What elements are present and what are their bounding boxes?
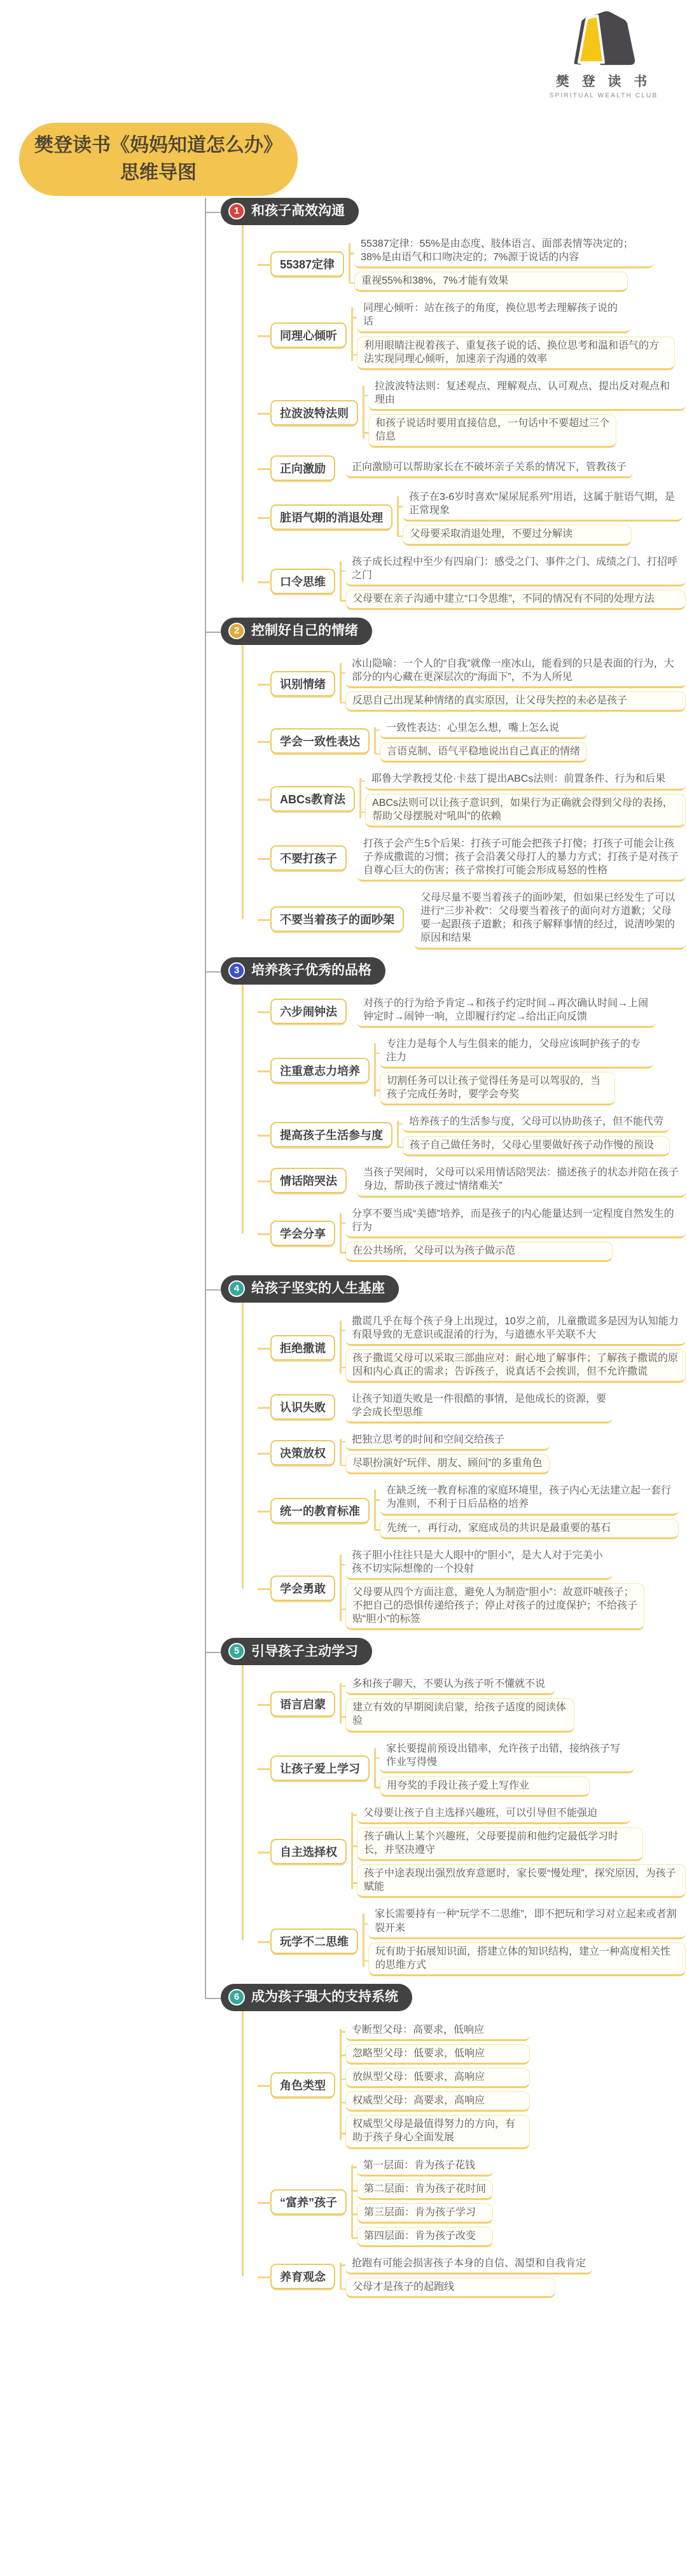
topic-notes: 孩子在3-6岁时喜欢“屎尿屁系列”用语，这属于脏语气期，是正常现象父母要采取消退… xyxy=(403,488,683,545)
note-node[interactable]: 父母要采取消退处理，不要过分解读 xyxy=(403,525,632,545)
note-node[interactable]: 对孩子的行为给予肯定→和孩子约定时间→再次确认时间→上闹钟定时→闹钟一响，立即履… xyxy=(357,995,656,1028)
topic-notes: 正向激励可以帮助家长在不破坏亲子关系的情况下，管教孩子 xyxy=(345,459,633,478)
note-node[interactable]: 专注力是每个人与生俱来的能力，父母应该呵护孩子的专注力 xyxy=(380,1035,653,1069)
topic-node[interactable]: 拒绝撒谎 xyxy=(270,1335,335,1361)
topic-node[interactable]: 同理心倾听 xyxy=(270,322,347,348)
branch-node-label: 给孩子坚实的人生基座 xyxy=(251,1280,385,1296)
topic-notes: 耶鲁大学教授艾伦·卡兹丁提出ABCs法则：前置条件、行为和后果ABCs法则可以让… xyxy=(365,770,686,827)
note-node[interactable]: 家长需要持有一种“玩学不二思维”，即不把玩和学习对立起来或者割裂开来 xyxy=(368,1906,686,1939)
topic-node[interactable]: 正向激励 xyxy=(270,455,335,481)
branch-topics: 55387定律55387定律：55%是由态度、肢体语言、面部表情等决定的；38%… xyxy=(270,235,686,610)
topic-row: 学会分享分享不要当成“美德”培养，而是孩子的内心能量达到一定程度自然发生的行为在… xyxy=(270,1205,686,1262)
note-node[interactable]: 在缺乏统一教育标准的家庭环境里，孩子内心无法建立起一套行为准则，不利于日后品格的… xyxy=(380,1482,679,1515)
note-node[interactable]: 同理心倾听：站在孩子的角度，换位思考去理解孩子说的话 xyxy=(357,300,630,333)
note-node[interactable]: 言语克制、语气平稳地说出自己真正的情绪 xyxy=(380,742,587,763)
note-node[interactable]: 培养孩子的生活参与度，父母可以协助孩子，但不能代劳 xyxy=(403,1113,670,1133)
note-node[interactable]: 让孩子知道失败是一件很酷的事情，是他成长的资源，要学会成长型思维 xyxy=(345,1390,613,1423)
topic-node[interactable]: 学会勇敢 xyxy=(270,1575,335,1601)
branch-node-3[interactable]: 3培养孩子优秀的品格 xyxy=(221,957,385,985)
branch-number-badge: 3 xyxy=(228,962,245,979)
note-node[interactable]: 第二层面：肯为孩子花时间 xyxy=(357,2180,493,2200)
note-node[interactable]: 放纵型父母：低要求，高响应 xyxy=(345,2068,530,2088)
note-node[interactable]: 玩有助于拓展知识面，搭建立体的知识结构，建立一种高度相关性的思维方式 xyxy=(368,1942,686,1976)
note-node[interactable]: 孩子胆小往往只是大人眼中的“胆小”，是大人对于完美小孩不切实际想像的一个投射 xyxy=(345,1547,613,1580)
branch-number-badge: 4 xyxy=(228,1280,245,1297)
note-node[interactable]: 父母尽量不要当着孩子的面吵架，但如果已经发生了可以进行“三步补救”：父母要当着孩… xyxy=(414,889,686,949)
topic-node[interactable]: 55387定律 xyxy=(270,251,344,277)
note-node[interactable]: 冰山隐喻：一个人的“自我”就像一座冰山，能看到的只是表面的行为，大部分的内心藏在… xyxy=(345,655,686,688)
topic-notes: 撒谎几乎在每个孩子身上出现过，10岁之前，儿童撒谎多是因为认知能力有限导致的无意… xyxy=(345,1313,686,1383)
topic-row: 注重意志力培养专注力是每个人与生俱来的能力，父母应该呵护孩子的专注力切割任务可以… xyxy=(270,1035,686,1105)
root-topic-node[interactable]: 樊登读书《妈妈知道怎么办》 思维导图 xyxy=(19,123,298,196)
note-node[interactable]: 父母才是孩子的起跑线 xyxy=(345,2278,555,2298)
topic-node[interactable]: 不要当着孩子的面吵架 xyxy=(270,906,404,932)
root-title-line2: 思维导图 xyxy=(25,160,291,187)
branch-spine-line xyxy=(242,982,244,1234)
topic-row: 语言启蒙多和孩子聊天，不要认为孩子听不懂就不说建立有效的早期阅读启蒙，给孩子适度… xyxy=(270,1675,686,1732)
branch-node-6[interactable]: 6成为孩子强大的支持系统 xyxy=(221,1984,412,2011)
note-node[interactable]: 把独立思考的时间和空间交给孩子 xyxy=(345,1431,550,1451)
note-node[interactable]: 孩子确认上某个兴趣班，父母要提前和他约定最低学习时长，并坚决遵守 xyxy=(357,1827,643,1861)
topic-notes: 分享不要当成“美德”培养，而是孩子的内心能量达到一定程度自然发生的行为在公共场所… xyxy=(345,1205,686,1262)
brand-logo: 樊 登 读 书 SPIRITUAL WEALTH CLUB xyxy=(537,9,670,99)
topic-notes: 多和孩子聊天，不要认为孩子听不懂就不说建立有效的早期阅读启蒙，给孩子适度的阅读体… xyxy=(345,1675,574,1732)
note-node[interactable]: 建立有效的早期阅读启蒙，给孩子适度的阅读体验 xyxy=(345,1698,574,1732)
note-node[interactable]: 专断型父母：高要求，低响应 xyxy=(345,2021,530,2041)
note-node[interactable]: 第三层面：肯为孩子学习 xyxy=(357,2203,493,2224)
topic-node[interactable]: 识别情绪 xyxy=(270,671,335,696)
note-node[interactable]: 父母要让孩子自主选择兴趣班，可以引导但不能强迫 xyxy=(357,1804,630,1824)
branch-section-6: 6成为孩子强大的支持系统角色类型专断型父母：高要求，低响应忽略型父母：低要求，低… xyxy=(205,1984,686,2298)
topic-row: ABCs教育法耶鲁大学教授艾伦·卡兹丁提出ABCs法则：前置条件、行为和后果AB… xyxy=(270,770,686,827)
note-node[interactable]: 孩子成长过程中至少有四扇门：感受之门、事件之门、成绩之门、打招呼之门 xyxy=(345,553,686,586)
topic-notes: 把独立思考的时间和空间交给孩子尽职扮演好“玩伴、朋友、顾问”的多重角色 xyxy=(345,1431,550,1474)
topic-row: 自主选择权父母要让孩子自主选择兴趣班，可以引导但不能强迫孩子确认上某个兴趣班，父… xyxy=(270,1804,686,1899)
topic-row: 玩学不二思维家长需要持有一种“玩学不二思维”，即不把玩和学习对立起来或者割裂开来… xyxy=(270,1906,686,1976)
branch-topics: 识别情绪冰山隐喻：一个人的“自我”就像一座冰山，能看到的只是表面的行为，大部分的… xyxy=(270,655,686,950)
note-node[interactable]: 撒谎几乎在每个孩子身上出现过，10岁之前，儿童撒谎多是因为认知能力有限导致的无意… xyxy=(345,1313,686,1346)
topic-notes: 孩子胆小往往只是大人眼中的“胆小”，是大人对于完美小孩不切实际想像的一个投射父母… xyxy=(345,1547,644,1631)
topic-row: 统一的教育标准在缺乏统一教育标准的家庭环境里，孩子内心无法建立起一套行为准则，不… xyxy=(270,1482,686,1539)
topic-row: 六步闹钟法对孩子的行为给予肯定→和孩子约定时间→再次确认时间→上闹钟定时→闹钟一… xyxy=(270,995,686,1028)
note-node[interactable]: 在公共场所，父母可以为孩子做示范 xyxy=(345,1242,613,1262)
topic-notes: 父母尽量不要当着孩子的面吵架，但如果已经发生了可以进行“三步补救”：父母要当着孩… xyxy=(414,889,686,949)
topic-node[interactable]: 让孩子爱上学习 xyxy=(270,1755,370,1781)
branch-section-1: 1和孩子高效沟通55387定律55387定律：55%是由态度、肢体语言、面部表情… xyxy=(205,198,686,610)
topic-node[interactable]: 认识失败 xyxy=(270,1394,335,1420)
note-node[interactable]: 孩子自己做任务时，父母心里要做好孩子动作慢的预设 xyxy=(403,1136,670,1156)
branch-topics: 拒绝撒谎撒谎几乎在每个孩子身上出现过，10岁之前，儿童撒谎多是因为认知能力有限导… xyxy=(270,1313,686,1631)
note-node[interactable]: 当孩子哭闹时，父母可以采用情话陪哭法：描述孩子的状态并陪在孩子身边，帮助孩子渡过… xyxy=(357,1164,686,1197)
branch-spine-line xyxy=(242,2009,244,2276)
topic-node[interactable]: 注重意志力培养 xyxy=(270,1058,370,1083)
branch-topics: 语言启蒙多和孩子聊天，不要认为孩子听不懂就不说建立有效的早期阅读启蒙，给孩子适度… xyxy=(270,1675,686,1976)
topic-node[interactable]: 提高孩子生活参与度 xyxy=(270,1122,392,1147)
branch-node-5[interactable]: 5引导孩子主动学习 xyxy=(221,1638,372,1665)
topic-notes: 家长需要持有一种“玩学不二思维”，即不把玩和学习对立起来或者割裂开来玩有助于拓展… xyxy=(368,1906,686,1976)
topic-notes: 对孩子的行为给予肯定→和孩子约定时间→再次确认时间→上闹钟定时→闹钟一响，立即履… xyxy=(357,995,656,1028)
root-title-line1: 樊登读书《妈妈知道怎么办》 xyxy=(25,132,291,160)
topic-node[interactable]: 角色类型 xyxy=(270,2072,335,2098)
note-node[interactable]: 抢跑有可能会损害孩子本身的自信、渴望和自我肯定 xyxy=(345,2255,592,2275)
note-node[interactable]: 重视55%和38%，7%才能有效果 xyxy=(354,272,628,292)
note-node[interactable]: 权威型父母是最值得努力的方向，有助于孩子身心全面发展 xyxy=(345,2115,530,2149)
topic-node[interactable]: 语言启蒙 xyxy=(270,1691,335,1717)
brand-tagline: SPIRITUAL WEALTH CLUB xyxy=(537,92,670,99)
topic-node[interactable]: 决策放权 xyxy=(270,1440,335,1465)
note-node[interactable]: 忽略型父母：低要求，低响应 xyxy=(345,2044,530,2065)
topic-node[interactable]: “富养”孩子 xyxy=(270,2189,347,2215)
note-node[interactable]: 55387定律：55%是由态度、肢体语言、面部表情等决定的；38%是由语气和口吻… xyxy=(354,235,653,268)
branch-section-5: 5引导孩子主动学习语言启蒙多和孩子聊天，不要认为孩子听不懂就不说建立有效的早期阅… xyxy=(205,1638,686,1976)
branch-node-label: 和孩子高效沟通 xyxy=(251,203,345,219)
branch-spine-line xyxy=(242,223,244,582)
branch-spine-line xyxy=(242,642,244,919)
topic-node[interactable]: 统一的教育标准 xyxy=(270,1498,370,1523)
note-node[interactable]: 反思自己出现某种情绪的真实原因，让父母失控的未必是孩子 xyxy=(345,691,686,712)
topic-row: 不要当着孩子的面吵架父母尽量不要当着孩子的面吵架，但如果已经发生了可以进行“三步… xyxy=(270,889,686,949)
note-node[interactable]: 父母要从四个方面注意，避免人为制造“胆小”：故意吓唬孩子；不把自己的恐惧传递给孩… xyxy=(345,1583,644,1630)
brand-name: 樊 登 读 书 xyxy=(537,71,670,90)
topic-notes: 专注力是每个人与生俱来的能力，父母应该呵护孩子的专注力切割任务可以让孩子觉得任务… xyxy=(380,1035,653,1105)
topic-notes: 抢跑有可能会损害孩子本身的自信、渴望和自我肯定父母才是孩子的起跑线 xyxy=(345,2255,592,2298)
branch-node-4[interactable]: 4给孩子坚实的人生基座 xyxy=(221,1275,399,1303)
topic-notes: 家长要提前预设出错率，允许孩子出错，接纳孩子写作业写得慢用夸奖的手段让孩子爱上写… xyxy=(380,1740,634,1797)
note-node[interactable]: 和孩子说话时要用直接信息，一句话中不要超过三个信息 xyxy=(368,414,616,448)
topic-row: 提高孩子生活参与度培养孩子的生活参与度，父母可以协助孩子，但不能代劳孩子自己做任… xyxy=(270,1113,686,1156)
topic-notes: 第一层面：肯为孩子花钱第二层面：肯为孩子花时间第三层面：肯为孩子学习第四层面：肯… xyxy=(357,2157,493,2247)
topic-node[interactable]: 脏语气期的消退处理 xyxy=(270,504,392,530)
branch-section-2: 2控制好自己的情绪识别情绪冰山隐喻：一个人的“自我”就像一座冰山，能看到的只是表… xyxy=(205,618,686,950)
topic-row: 拉波波特法则拉波波特法则：复述观点、理解观点、认可观点、提出反对观点和理由和孩子… xyxy=(270,378,686,448)
topic-node[interactable]: 玩学不二思维 xyxy=(270,1929,358,1954)
topic-row: 不要打孩子打孩子会产生5个后果：打孩子可能会把孩子打傻；打孩子可能会让孩子养成撒… xyxy=(270,835,686,882)
branch-node-1[interactable]: 1和孩子高效沟通 xyxy=(221,198,359,225)
note-node[interactable]: 第一层面：肯为孩子花钱 xyxy=(357,2157,493,2177)
branch-number-badge: 5 xyxy=(228,1643,245,1659)
note-node[interactable]: 分享不要当成“美德”培养，而是孩子的内心能量达到一定程度自然发生的行为 xyxy=(345,1205,686,1238)
topic-node[interactable]: 拉波波特法则 xyxy=(270,400,358,426)
topic-row: 让孩子爱上学习家长要提前预设出错率，允许孩子出错，接纳孩子写作业写得慢用夸奖的手… xyxy=(270,1740,686,1797)
topic-row: 识别情绪冰山隐喻：一个人的“自我”就像一座冰山，能看到的只是表面的行为，大部分的… xyxy=(270,655,686,712)
note-node[interactable]: 耶鲁大学教授艾伦·卡兹丁提出ABCs法则：前置条件、行为和后果 xyxy=(365,770,686,790)
note-node[interactable]: 家长要提前预设出错率，允许孩子出错，接纳孩子写作业写得慢 xyxy=(380,1740,634,1773)
branch-section-3: 3培养孩子优秀的品格六步闹钟法对孩子的行为给予肯定→和孩子约定时间→再次确认时间… xyxy=(205,957,686,1275)
topic-notes: 拉波波特法则：复述观点、理解观点、认可观点、提出反对观点和理由和孩子说话时要用直… xyxy=(368,378,686,448)
note-node[interactable]: 孩子中途表现出强烈放弃意愿时，家长要“慢处理”，探究原因，为孩子赋能 xyxy=(357,1864,686,1898)
topic-row: 口令思维孩子成长过程中至少有四扇门：感受之门、事件之门、成绩之门、打招呼之门父母… xyxy=(270,553,686,610)
topic-notes: 在缺乏统一教育标准的家庭环境里，孩子内心无法建立起一套行为准则，不利于日后品格的… xyxy=(380,1482,679,1539)
topic-node[interactable]: 情话陪哭法 xyxy=(270,1168,347,1193)
branch-node-2[interactable]: 2控制好自己的情绪 xyxy=(221,618,372,645)
topic-notes: 同理心倾听：站在孩子的角度，换位思考去理解孩子说的话利用眼睛注视着孩子、重复孩子… xyxy=(357,300,675,370)
branch-number-badge: 2 xyxy=(228,623,245,639)
note-node[interactable]: 孩子在3-6岁时喜欢“屎尿屁系列”用语，这属于脏语气期，是正常现象 xyxy=(403,488,683,522)
note-node[interactable]: 利用眼睛注视着孩子、重复孩子说的话、换位思考和温和语气的方法实现同理心倾听，加速… xyxy=(357,336,675,370)
note-node[interactable]: 多和孩子聊天，不要认为孩子听不懂就不说 xyxy=(345,1675,555,1695)
topic-node[interactable]: 自主选择权 xyxy=(270,1839,347,1864)
branch-spine-line xyxy=(242,1300,244,1589)
topic-notes: 一致性表达：心里怎么想，嘴上怎么说言语克制、语气平稳地说出自己真正的情绪 xyxy=(380,719,587,763)
note-node[interactable]: 一致性表达：心里怎么想，嘴上怎么说 xyxy=(380,719,587,739)
topic-node[interactable]: 学会一致性表达 xyxy=(270,728,370,754)
mindmap-tree: 1和孩子高效沟通55387定律55387定律：55%是由态度、肢体语言、面部表情… xyxy=(205,198,686,2306)
topic-node[interactable]: 养育观念 xyxy=(270,2264,335,2289)
topic-notes: 专断型父母：高要求，低响应忽略型父母：低要求，低响应放纵型父母：低要求，高响应权… xyxy=(345,2021,530,2149)
branch-section-4: 4给孩子坚实的人生基座拒绝撒谎撒谎几乎在每个孩子身上出现过，10岁之前，儿童撒谎… xyxy=(205,1275,686,1631)
topic-row: 同理心倾听同理心倾听：站在孩子的角度，换位思考去理解孩子说的话利用眼睛注视着孩子… xyxy=(270,300,686,370)
topic-row: 学会一致性表达一致性表达：心里怎么想，嘴上怎么说言语克制、语气平稳地说出自己真正… xyxy=(270,719,686,763)
topic-notes: 培养孩子的生活参与度，父母可以协助孩子，但不能代劳孩子自己做任务时，父母心里要做… xyxy=(403,1113,670,1156)
note-node[interactable]: 正向激励可以帮助家长在不破坏亲子关系的情况下，管教孩子 xyxy=(345,459,633,478)
topic-row: 角色类型专断型父母：高要求，低响应忽略型父母：低要求，低响应放纵型父母：低要求，… xyxy=(270,2021,686,2149)
topic-row: 情话陪哭法当孩子哭闹时，父母可以采用情话陪哭法：描述孩子的状态并陪在孩子身边，帮… xyxy=(270,1164,686,1197)
branch-topics: 角色类型专断型父母：高要求，低响应忽略型父母：低要求，低响应放纵型父母：低要求，… xyxy=(270,2021,686,2298)
topic-node[interactable]: 学会分享 xyxy=(270,1221,335,1246)
topic-row: 养育观念抢跑有可能会损害孩子本身的自信、渴望和自我肯定父母才是孩子的起跑线 xyxy=(270,2255,686,2298)
note-node[interactable]: 先统一，再行动，家庭成员的共识是最重要的基石 xyxy=(380,1519,679,1539)
topic-row: 正向激励正向激励可以帮助家长在不破坏亲子关系的情况下，管教孩子 xyxy=(270,455,686,481)
note-node[interactable]: 打孩子会产生5个后果：打孩子可能会把孩子打傻；打孩子可能会让孩子养成撒谎的习惯；… xyxy=(357,835,686,882)
note-node[interactable]: ABCs法则可以让孩子意识到，如果行为正确就会得到父母的表扬，帮助父母摆脱对“吼… xyxy=(365,794,686,828)
topic-node[interactable]: ABCs教育法 xyxy=(270,786,355,812)
topic-notes: 孩子成长过程中至少有四扇门：感受之门、事件之门、成绩之门、打招呼之门父母要在亲子… xyxy=(345,553,686,610)
note-node[interactable]: 第四层面：肯为孩子改变 xyxy=(357,2227,493,2247)
note-node[interactable]: 孩子撒谎父母可以采取三部曲应对：耐心地了解事件；了解孩子撒谎的原因和内心真正的需… xyxy=(345,1349,686,1383)
topic-notes: 当孩子哭闹时，父母可以采用情话陪哭法：描述孩子的状态并陪在孩子身边，帮助孩子渡过… xyxy=(357,1164,686,1197)
note-node[interactable]: 拉波波特法则：复述观点、理解观点、认可观点、提出反对观点和理由 xyxy=(368,378,686,411)
topic-node[interactable]: 不要打孩子 xyxy=(270,845,347,871)
topic-notes: 打孩子会产生5个后果：打孩子可能会把孩子打傻；打孩子可能会让孩子养成撒谎的习惯；… xyxy=(357,835,686,882)
topic-row: 学会勇敢孩子胆小往往只是大人眼中的“胆小”，是大人对于完美小孩不切实际想像的一个… xyxy=(270,1547,686,1631)
branch-node-label: 成为孩子强大的支持系统 xyxy=(251,1989,398,2005)
book-logo-icon xyxy=(566,9,641,70)
topic-node[interactable]: 口令思维 xyxy=(270,569,335,594)
topic-notes: 让孩子知道失败是一件很酷的事情，是他成长的资源，要学会成长型思维 xyxy=(345,1390,613,1423)
mindmap-page: 樊 登 读 书 SPIRITUAL WEALTH CLUB 樊登读书《妈妈知道怎… xyxy=(0,0,687,2576)
branch-node-label: 培养孩子优秀的品格 xyxy=(251,962,371,978)
branch-number-badge: 1 xyxy=(228,203,245,219)
branch-number-badge: 6 xyxy=(228,1989,245,2005)
note-node[interactable]: 用夸奖的手段让孩子爱上写作业 xyxy=(380,1776,590,1797)
branch-topics: 六步闹钟法对孩子的行为给予肯定→和孩子约定时间→再次确认时间→上闹钟定时→闹钟一… xyxy=(270,995,686,1262)
branch-node-label: 引导孩子主动学习 xyxy=(251,1644,358,1659)
topic-notes: 冰山隐喻：一个人的“自我”就像一座冰山，能看到的只是表面的行为，大部分的内心藏在… xyxy=(345,655,686,712)
topic-row: “富养”孩子第一层面：肯为孩子花钱第二层面：肯为孩子花时间第三层面：肯为孩子学习… xyxy=(270,2157,686,2247)
topic-row: 决策放权把独立思考的时间和空间交给孩子尽职扮演好“玩伴、朋友、顾问”的多重角色 xyxy=(270,1431,686,1474)
topic-notes: 55387定律：55%是由态度、肢体语言、面部表情等决定的；38%是由语气和口吻… xyxy=(354,235,653,292)
note-node[interactable]: 切割任务可以让孩子觉得任务是可以驾驭的，当孩子完成任务时，要学会夸奖 xyxy=(380,1072,615,1105)
note-node[interactable]: 权威型父母：高要求，高响应 xyxy=(345,2091,530,2112)
topic-row: 拒绝撒谎撒谎几乎在每个孩子身上出现过，10岁之前，儿童撒谎多是因为认知能力有限导… xyxy=(270,1313,686,1383)
topic-row: 55387定律55387定律：55%是由态度、肢体语言、面部表情等决定的；38%… xyxy=(270,235,686,292)
note-node[interactable]: 尽职扮演好“玩伴、朋友、顾问”的多重角色 xyxy=(345,1454,550,1474)
branch-spine-line xyxy=(242,1663,244,1941)
note-node[interactable]: 父母要在亲子沟通中建立“口令思维”，不同的情况有不同的处理方法 xyxy=(345,590,686,610)
topic-notes: 父母要让孩子自主选择兴趣班，可以引导但不能强迫孩子确认上某个兴趣班，父母要提前和… xyxy=(357,1804,686,1899)
topic-row: 认识失败让孩子知道失败是一件很酷的事情，是他成长的资源，要学会成长型思维 xyxy=(270,1390,686,1423)
topic-row: 脏语气期的消退处理孩子在3-6岁时喜欢“屎尿屁系列”用语，这属于脏语气期，是正常… xyxy=(270,488,686,545)
topic-node[interactable]: 六步闹钟法 xyxy=(270,999,347,1024)
branch-node-label: 控制好自己的情绪 xyxy=(251,623,358,639)
